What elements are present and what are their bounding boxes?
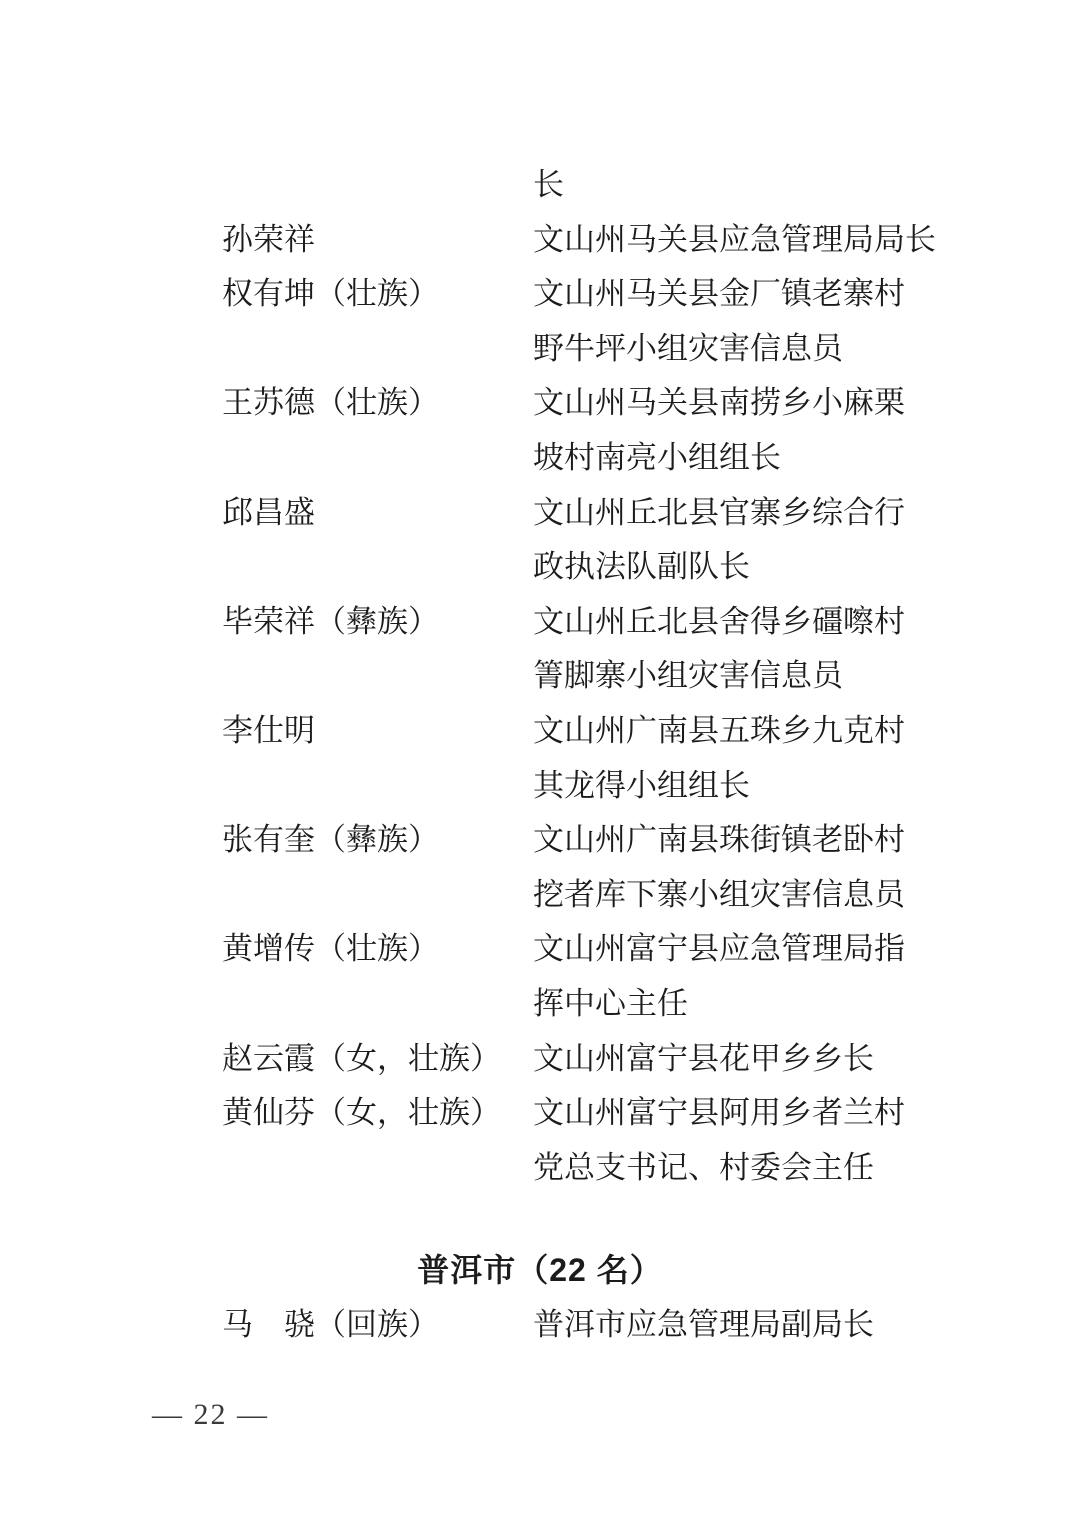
entry-position-line: 政执法队副队长 (533, 540, 948, 595)
entry-name: 邱昌盛 (222, 486, 533, 595)
entry-row: 李仕明 文山州广南县五珠乡九克村其龙得小组组长 (222, 704, 948, 813)
entry-position-line: 箐脚寨小组灾害信息员 (533, 649, 948, 704)
entry-position-line: 文山州富宁县花甲乡乡长 (533, 1032, 948, 1087)
entry-name: 毕荣祥（彝族） (222, 595, 533, 704)
entry-row: 黄增传（壮族） 文山州富宁县应急管理局指挥中心主任 (222, 922, 948, 1031)
entry-position-line: 文山州丘北县官寨乡综合行 (533, 486, 948, 541)
entry-position-line: 党总支书记、村委会主任 (533, 1141, 948, 1196)
entry-position-line: 文山州富宁县应急管理局指 (533, 922, 948, 977)
entry-position-line: 挥中心主任 (533, 977, 948, 1032)
entry-name: 权有坤（壮族） (222, 267, 533, 376)
entry-position-line: 文山州马关县南捞乡小麻栗 (533, 376, 948, 431)
honor-roll-list-puer: 马 骁（回族） 普洱市应急管理局副局长 (222, 1298, 948, 1353)
entry-position: 文山州富宁县应急管理局指挥中心主任 (533, 922, 948, 1031)
entry-position-line: 长 (533, 158, 948, 213)
document-page: 长 孙荣祥 文山州马关县应急管理局局长 权有坤（壮族） 文山州马关县金厂镇老寨村… (0, 0, 1080, 1527)
entry-position: 文山州马关县金厂镇老寨村野牛坪小组灾害信息员 (533, 267, 948, 376)
entry-position: 普洱市应急管理局副局长 (533, 1298, 948, 1353)
honor-roll-content: 长 孙荣祥 文山州马关县应急管理局局长 权有坤（壮族） 文山州马关县金厂镇老寨村… (222, 158, 948, 1352)
entry-name: 张有奎（彝族） (222, 813, 533, 922)
entry-position: 文山州马关县南捞乡小麻栗坡村南亮小组组长 (533, 376, 948, 485)
entry-position-line: 挖者库下寨小组灾害信息员 (533, 868, 948, 923)
entry-position: 文山州富宁县阿用乡者兰村党总支书记、村委会主任 (533, 1086, 948, 1195)
entry-name: 李仕明 (222, 704, 533, 813)
entry-position-line: 文山州马关县金厂镇老寨村 (533, 267, 948, 322)
entry-row: 马 骁（回族） 普洱市应急管理局副局长 (222, 1298, 948, 1353)
entry-row: 王苏德（壮族） 文山州马关县南捞乡小麻栗坡村南亮小组组长 (222, 376, 948, 485)
entry-name: 黄增传（壮族） (222, 922, 533, 1031)
entry-position-line: 文山州富宁县阿用乡者兰村 (533, 1086, 948, 1141)
entry-position-line: 文山州马关县应急管理局局长 (533, 213, 948, 268)
entry-row: 毕荣祥（彝族） 文山州丘北县舍得乡礓嚓村箐脚寨小组灾害信息员 (222, 595, 948, 704)
entry-row: 张有奎（彝族） 文山州广南县珠街镇老卧村挖者库下寨小组灾害信息员 (222, 813, 948, 922)
entry-name: 黄仙芬（女，壮族） (222, 1086, 533, 1195)
entry-position: 文山州丘北县官寨乡综合行政执法队副队长 (533, 486, 948, 595)
entry-name: 孙荣祥 (222, 213, 533, 268)
entry-position-line: 普洱市应急管理局副局长 (533, 1298, 948, 1353)
section-heading-puer: 普洱市（22 名） (0, 1243, 1080, 1298)
entry-position: 文山州广南县珠街镇老卧村挖者库下寨小组灾害信息员 (533, 813, 948, 922)
entry-row: 长 (222, 158, 948, 213)
entry-row: 权有坤（壮族） 文山州马关县金厂镇老寨村野牛坪小组灾害信息员 (222, 267, 948, 376)
honor-roll-list-wenshan: 长 孙荣祥 文山州马关县应急管理局局长 权有坤（壮族） 文山州马关县金厂镇老寨村… (222, 158, 948, 1195)
entry-name: 王苏德（壮族） (222, 376, 533, 485)
entry-name: 马 骁（回族） (222, 1298, 533, 1353)
entry-position-line: 文山州广南县珠街镇老卧村 (533, 813, 948, 868)
entry-position-line: 其龙得小组组长 (533, 759, 948, 814)
entry-name: 赵云霞（女，壮族） (222, 1032, 533, 1087)
entry-position-line: 坡村南亮小组组长 (533, 431, 948, 486)
entry-position-line: 文山州丘北县舍得乡礓嚓村 (533, 595, 948, 650)
entry-position: 文山州马关县应急管理局局长 (533, 213, 948, 268)
entry-name (222, 158, 533, 213)
entry-position: 长 (533, 158, 948, 213)
page-number: — 22 — (152, 1390, 269, 1440)
entry-position: 文山州广南县五珠乡九克村其龙得小组组长 (533, 704, 948, 813)
entry-position: 文山州丘北县舍得乡礓嚓村箐脚寨小组灾害信息员 (533, 595, 948, 704)
entry-position-line: 野牛坪小组灾害信息员 (533, 322, 948, 377)
entry-position: 文山州富宁县花甲乡乡长 (533, 1032, 948, 1087)
entry-row: 黄仙芬（女，壮族） 文山州富宁县阿用乡者兰村党总支书记、村委会主任 (222, 1086, 948, 1195)
entry-row: 邱昌盛 文山州丘北县官寨乡综合行政执法队副队长 (222, 486, 948, 595)
entry-row: 赵云霞（女，壮族） 文山州富宁县花甲乡乡长 (222, 1032, 948, 1087)
entry-position-line: 文山州广南县五珠乡九克村 (533, 704, 948, 759)
entry-row: 孙荣祥 文山州马关县应急管理局局长 (222, 213, 948, 268)
